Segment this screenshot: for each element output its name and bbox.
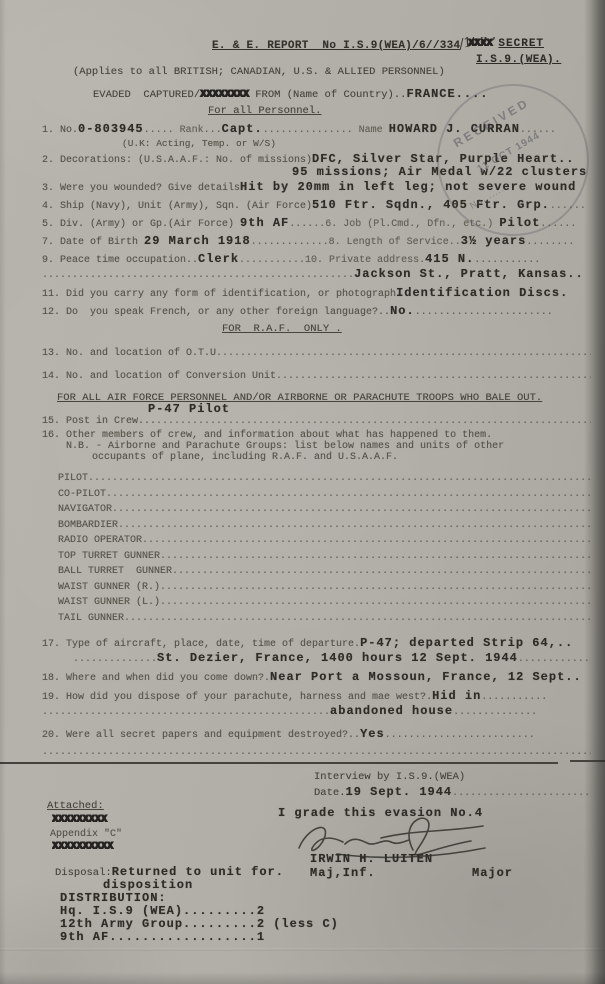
crew-row: PILOT...................................…: [58, 471, 591, 488]
q16-text-3: occupants of plane, including R.A.F. and…: [92, 452, 398, 463]
q20-label: 20. Were all secret papers and equipment…: [42, 730, 360, 741]
q19-label: 19. How did you dispose of your parachut…: [42, 692, 432, 703]
distribution-entry: Hq. I.S.9 (WEA).........2: [60, 904, 265, 918]
fill: ......: [540, 219, 576, 230]
page-edge-shadow-bottom: [0, 972, 605, 984]
crew-row: RADIO OPERATOR..........................…: [58, 533, 591, 550]
fill: ........................................…: [124, 613, 591, 624]
q10-label: ...........10. Private address.: [239, 255, 425, 266]
aircraft-value: P-47; departed Strip 64,..: [360, 636, 573, 650]
q2-label: 2. Decorations: (U.S.A.A.F.: No. of miss…: [42, 155, 312, 166]
country-value: FRANCE....: [406, 87, 488, 101]
departure-value: St. Dezier, France, 1400 hours 12 Sept. …: [157, 651, 518, 665]
distribution-row: 9th AF..................1: [60, 930, 591, 947]
q11-label: 11. Did you carry any form of identifica…: [42, 289, 396, 300]
crew-row: NAVIGATOR...............................…: [58, 502, 591, 519]
rank-value: Capt.: [222, 122, 263, 136]
signature: [285, 808, 500, 866]
q12-line: 12. Do you speak French, or any other fo…: [42, 304, 591, 321]
attached-text: Attached:: [47, 800, 104, 812]
fill: ........................................…: [42, 270, 354, 281]
rank-note: (U.K: Acting, Temp. or W/S): [122, 136, 591, 153]
q14-label: 14. No. and location of Conversion Unit: [42, 371, 276, 382]
crew-row: BALL TURRET GUNNER......................…: [58, 564, 591, 581]
q12-label: 12. Do you speak French, or any other fo…: [42, 307, 390, 318]
division-value: 9th AF: [240, 216, 289, 230]
wounded-value: Hit by 20mm in left leg; not severe woun…: [240, 180, 576, 194]
came-down-value: Near Port a Mossoun, France, 12 Sept..: [270, 670, 582, 684]
fill: ..............: [518, 654, 591, 665]
report-title: E. & E. REPORT No I.S.9(WEA)/6//334: [212, 40, 460, 52]
form-subtitle: For all Personnel.: [208, 105, 321, 117]
fill: ........................................…: [160, 597, 591, 608]
struck-captured: XXXXXXXX: [200, 89, 249, 101]
struck-appendix: XXXXXXXXX: [52, 814, 107, 826]
decorations-extra-value: 95 missions; Air Medal w/22 clusters: [292, 165, 587, 179]
distribution-heading-text: DISTRIBUTION:: [60, 891, 167, 905]
q13-line: 13. No. and location of O.T.U...........…: [42, 346, 591, 363]
q19-continuation: ........................................…: [42, 704, 591, 721]
crew-role: BOMBARDIER: [58, 520, 118, 531]
fill: ..... Rank...: [144, 125, 222, 136]
page-edge-shadow-right: [584, 0, 605, 984]
secret-papers-value: Yes: [360, 727, 385, 741]
address-value: 415 N.: [425, 252, 474, 266]
crew-row: TAIL GUNNER.............................…: [58, 611, 591, 628]
raf-only-text: FOR R.A.F. ONLY .: [222, 323, 342, 335]
interview-text: Interview by I.S.9.(WEA): [314, 771, 465, 783]
q9-label: 9. Peace time occupation..: [42, 255, 198, 266]
classification-label: SECRET: [498, 38, 544, 50]
crew-role: WAIST GUNNER (L.): [58, 597, 160, 608]
q4-line: 4. Ship (Navy), Unit (Army), Sqn. (Air F…: [42, 198, 591, 215]
rank-note-text: (U.K: Acting, Temp. or W/S): [122, 138, 276, 149]
applies-line: (Applies to all BRITISH; CANADIAN, U.S. …: [73, 65, 591, 82]
crew-role: TAIL GUNNER: [58, 613, 124, 624]
q11-line: 11. Did you carry any form of identifica…: [42, 286, 591, 303]
date-value: 19 Sept. 1944: [346, 785, 453, 799]
crew-role: NAVIGATOR: [58, 504, 112, 515]
fill: ........................................…: [160, 582, 591, 593]
fill: ...........: [474, 255, 540, 266]
birth-date-value: 29 March 1918: [144, 234, 251, 248]
q17-continuation: ..............St. Dezier, France, 1400 h…: [73, 651, 591, 668]
crew-role: TOP TURRET GUNNER: [58, 551, 160, 562]
fill: ........................................…: [172, 566, 591, 577]
evaded-label: EVADED CAPTURED/: [93, 89, 200, 101]
q10-continuation: ........................................…: [42, 267, 591, 284]
fill: ......: [550, 201, 586, 212]
q18-label: 18. Where and when did you come down?.: [42, 673, 270, 684]
job-value: Pilot: [499, 216, 540, 230]
q6-label: ......6. Job (Pl.Cmd., Dfn., etc.): [289, 219, 499, 230]
decorations-value: DFC, Silver Star, Purple Heart..: [312, 152, 574, 166]
q14-line: 14. No. and location of Conversion Unit.…: [42, 369, 591, 386]
fill: ...........: [481, 692, 547, 703]
crew-role: WAIST GUNNER (R.): [58, 582, 160, 593]
q8-label: .............8. Length of Service..: [251, 237, 461, 248]
q17-label: 17. Type of aircraft, place, date, time …: [42, 639, 360, 650]
form-subtitle-line: For all Personnel.: [208, 104, 591, 121]
serial-number-value: 0-803945: [78, 122, 144, 136]
struck-word: XXXX: [468, 38, 492, 50]
fill: ........................................…: [118, 520, 591, 531]
fill: ........................................…: [156, 416, 591, 427]
fill: ........................: [452, 788, 591, 799]
fill: .......................: [415, 307, 553, 318]
fill: ............... Name: [263, 125, 389, 136]
fill: ........................................…: [112, 504, 591, 515]
from-country-label: FROM (Name of Country)..: [249, 89, 407, 101]
q1-label: 1. No.: [42, 125, 78, 136]
fill: ......: [520, 125, 556, 136]
fill: ..............: [453, 707, 537, 718]
q15-label: 15. Post in Crew...: [42, 416, 156, 427]
fill: ........................................…: [42, 707, 330, 718]
crew-role: PILOT: [58, 473, 88, 484]
fill: ........................................…: [142, 535, 591, 546]
classification-line: XXXX SECRET: [468, 37, 591, 54]
q5-q6-line: 5. Div. (Army) or Gp.(Air Force) 9th AF.…: [42, 216, 591, 233]
fill: ........................................…: [42, 747, 591, 758]
disposal-value: Returned to unit for.: [112, 865, 284, 879]
page-edge-shadow-left: [0, 0, 6, 984]
occupation-value: Clerk: [198, 252, 239, 266]
address-value-2: Jackson St., Pratt, Kansas..: [354, 267, 584, 281]
struck-appendix: XXXXXXXXXX: [52, 841, 113, 853]
fill: ........................................…: [88, 473, 591, 484]
crew-row: WAIST GUNNER (L.).......................…: [58, 595, 591, 612]
evaded-captured-line: EVADED CAPTURED/XXXXXXXX FROM (Name of C…: [93, 87, 591, 104]
divider-line: [0, 762, 558, 764]
q7-label: 7. Date of Birth: [42, 237, 144, 248]
date-label: Date.: [314, 787, 346, 799]
q3-line: 3. Were you wounded? Give detailsHit by …: [42, 180, 591, 197]
q16-line-3: occupants of plane, including R.A.F. and…: [92, 450, 591, 467]
q5-label: 5. Div. (Army) or Gp.(Air Force): [42, 219, 240, 230]
distribution-entry: 12th Army Group.........2 (less C): [60, 917, 339, 931]
q13-label: 13. No. and location of O.T.U: [42, 348, 216, 359]
parachute-value: Hid in: [432, 689, 481, 703]
identification-value: Identification Discs.: [396, 286, 568, 300]
name-value: HOWARD J. CURRAN: [389, 122, 520, 136]
q18-line: 18. Where and when did you come down?.Ne…: [42, 670, 591, 687]
parachute-value-2: abandoned house: [330, 704, 453, 718]
q3-label: 3. Were you wounded? Give details: [42, 183, 240, 194]
fill: .........................: [385, 730, 535, 741]
crew-role: RADIO OPERATOR: [58, 535, 142, 546]
crew-role: BALL TURRET GUNNER: [58, 566, 172, 577]
fill: ........................................…: [276, 371, 591, 382]
q20-continuation: ........................................…: [42, 745, 591, 762]
appendix-c-text: Appendix "C": [50, 829, 122, 840]
scanned-document-page: E. & E. REPORT No I.S.9(WEA)/6//334/1653…: [0, 0, 605, 984]
crew-role: CO-PILOT: [58, 489, 106, 500]
q20-line: 20. Were all secret papers and equipment…: [42, 727, 591, 744]
fill: ........................................…: [106, 489, 591, 500]
service-length-value: 3½ years: [461, 234, 527, 248]
q7-q8-line: 7. Date of Birth 29 March 1918..........…: [42, 234, 591, 251]
applies-text: (Applies to all BRITISH; CANADIAN, U.S. …: [73, 66, 445, 78]
raf-only-header: FOR R.A.F. ONLY .: [222, 322, 591, 339]
fill: ..............: [73, 654, 157, 665]
paper-crease: [0, 948, 605, 951]
disposal-value-2: disposition: [103, 878, 193, 892]
fill: ........................................…: [216, 348, 591, 359]
fill: ........................................…: [160, 551, 591, 562]
language-value: No.: [390, 304, 415, 318]
fill: ........: [526, 237, 574, 248]
unit-value: 510 Ftr. Sqdn., 405 Ftr. Grp.: [312, 198, 550, 212]
distribution-entry: 9th AF..................1: [60, 930, 265, 944]
q4-label: 4. Ship (Navy), Unit (Army), Sqn. (Air F…: [42, 201, 312, 212]
